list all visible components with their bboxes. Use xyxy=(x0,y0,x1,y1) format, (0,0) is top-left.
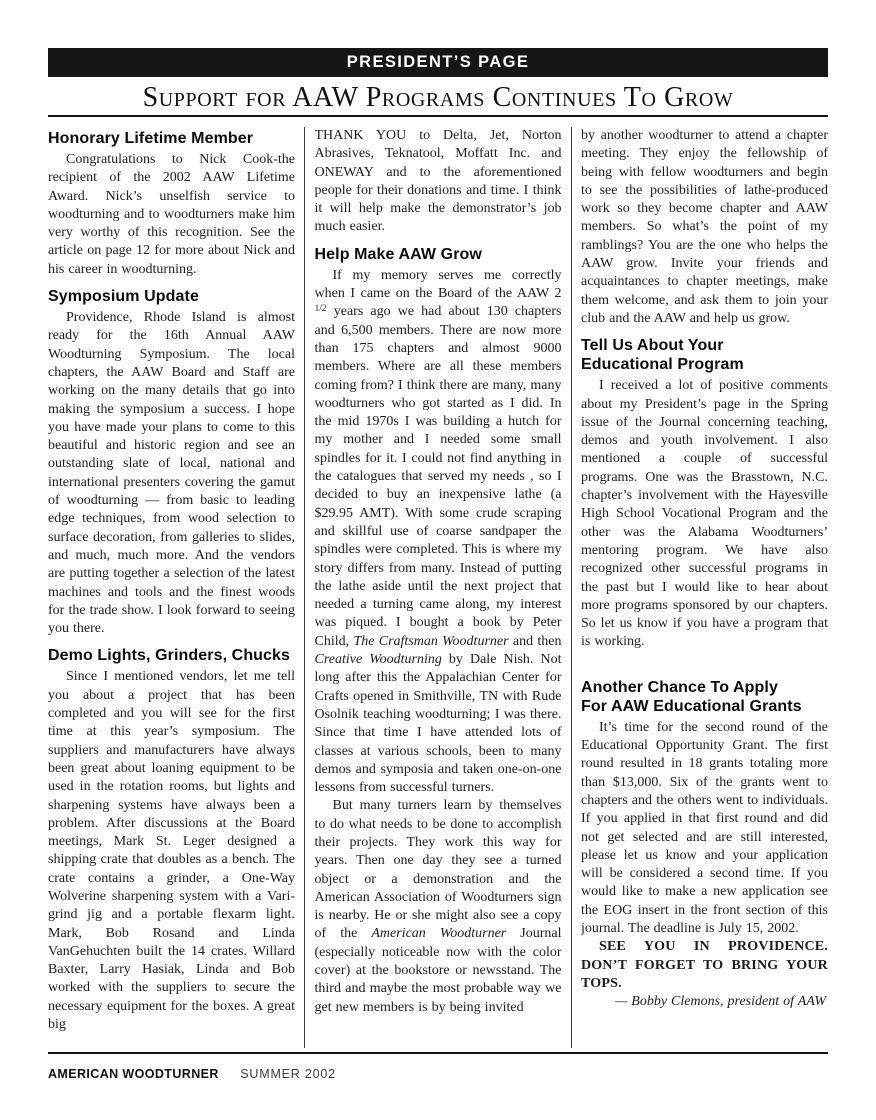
page-footer: AMERICAN WOODTURNER SUMMER 2002 xyxy=(48,1052,828,1081)
paragraph: It’s time for the second round of the Ed… xyxy=(581,719,828,939)
issue-label: SUMMER 2002 xyxy=(240,1067,336,1081)
paragraph: by another woodturner to attend a chapte… xyxy=(581,127,828,328)
banner-label: PRESIDENT’S PAGE xyxy=(347,53,530,72)
section-heading: Honorary Lifetime Member xyxy=(48,129,295,148)
column-1: Honorary Lifetime MemberCongratulations … xyxy=(48,127,295,1048)
page-banner: PRESIDENT’S PAGE xyxy=(48,48,828,77)
column-3: by another woodturner to attend a chapte… xyxy=(581,127,828,1048)
paragraph: Congratulations to Nick Cook-the recipie… xyxy=(48,151,295,279)
paragraph: But many turners learn by themselves to … xyxy=(315,797,562,1017)
section-heading: Demo Lights, Grinders, Chucks xyxy=(48,646,295,665)
magazine-page: PRESIDENT’S PAGE Support for AAW Program… xyxy=(0,0,876,1120)
section-heading: Help Make AAW Grow xyxy=(315,245,562,264)
title-rule xyxy=(48,115,828,117)
closing-note: SEE YOU IN PROVIDENCE. DON’T FORGET TO B… xyxy=(581,938,828,993)
article-title: Support for AAW Programs Continues To Gr… xyxy=(48,82,828,114)
paragraph: Since I mentioned vendors, let me tell y… xyxy=(48,668,295,1034)
section-heading: Tell Us About YourEducational Program xyxy=(581,336,828,374)
byline: — Bobby Clemons, president of AAW xyxy=(581,993,828,1011)
section-heading: Another Chance To ApplyFor AAW Education… xyxy=(581,678,828,716)
column-divider-2 xyxy=(571,127,572,1048)
paragraph: THANK YOU to Delta, Jet, Norton Abrasive… xyxy=(315,127,562,237)
paragraph: I received a lot of positive comments ab… xyxy=(581,377,828,651)
column-divider-1 xyxy=(304,127,305,1048)
journal-name: AMERICAN WOODTURNER xyxy=(48,1067,219,1081)
column-2: THANK YOU to Delta, Jet, Norton Abrasive… xyxy=(315,127,562,1048)
section-heading: Symposium Update xyxy=(48,287,295,306)
paragraph: If my memory serves me correctly when I … xyxy=(315,267,562,798)
paragraph: Providence, Rhode Island is almost ready… xyxy=(48,309,295,638)
article-body: Honorary Lifetime MemberCongratulations … xyxy=(48,127,828,1048)
